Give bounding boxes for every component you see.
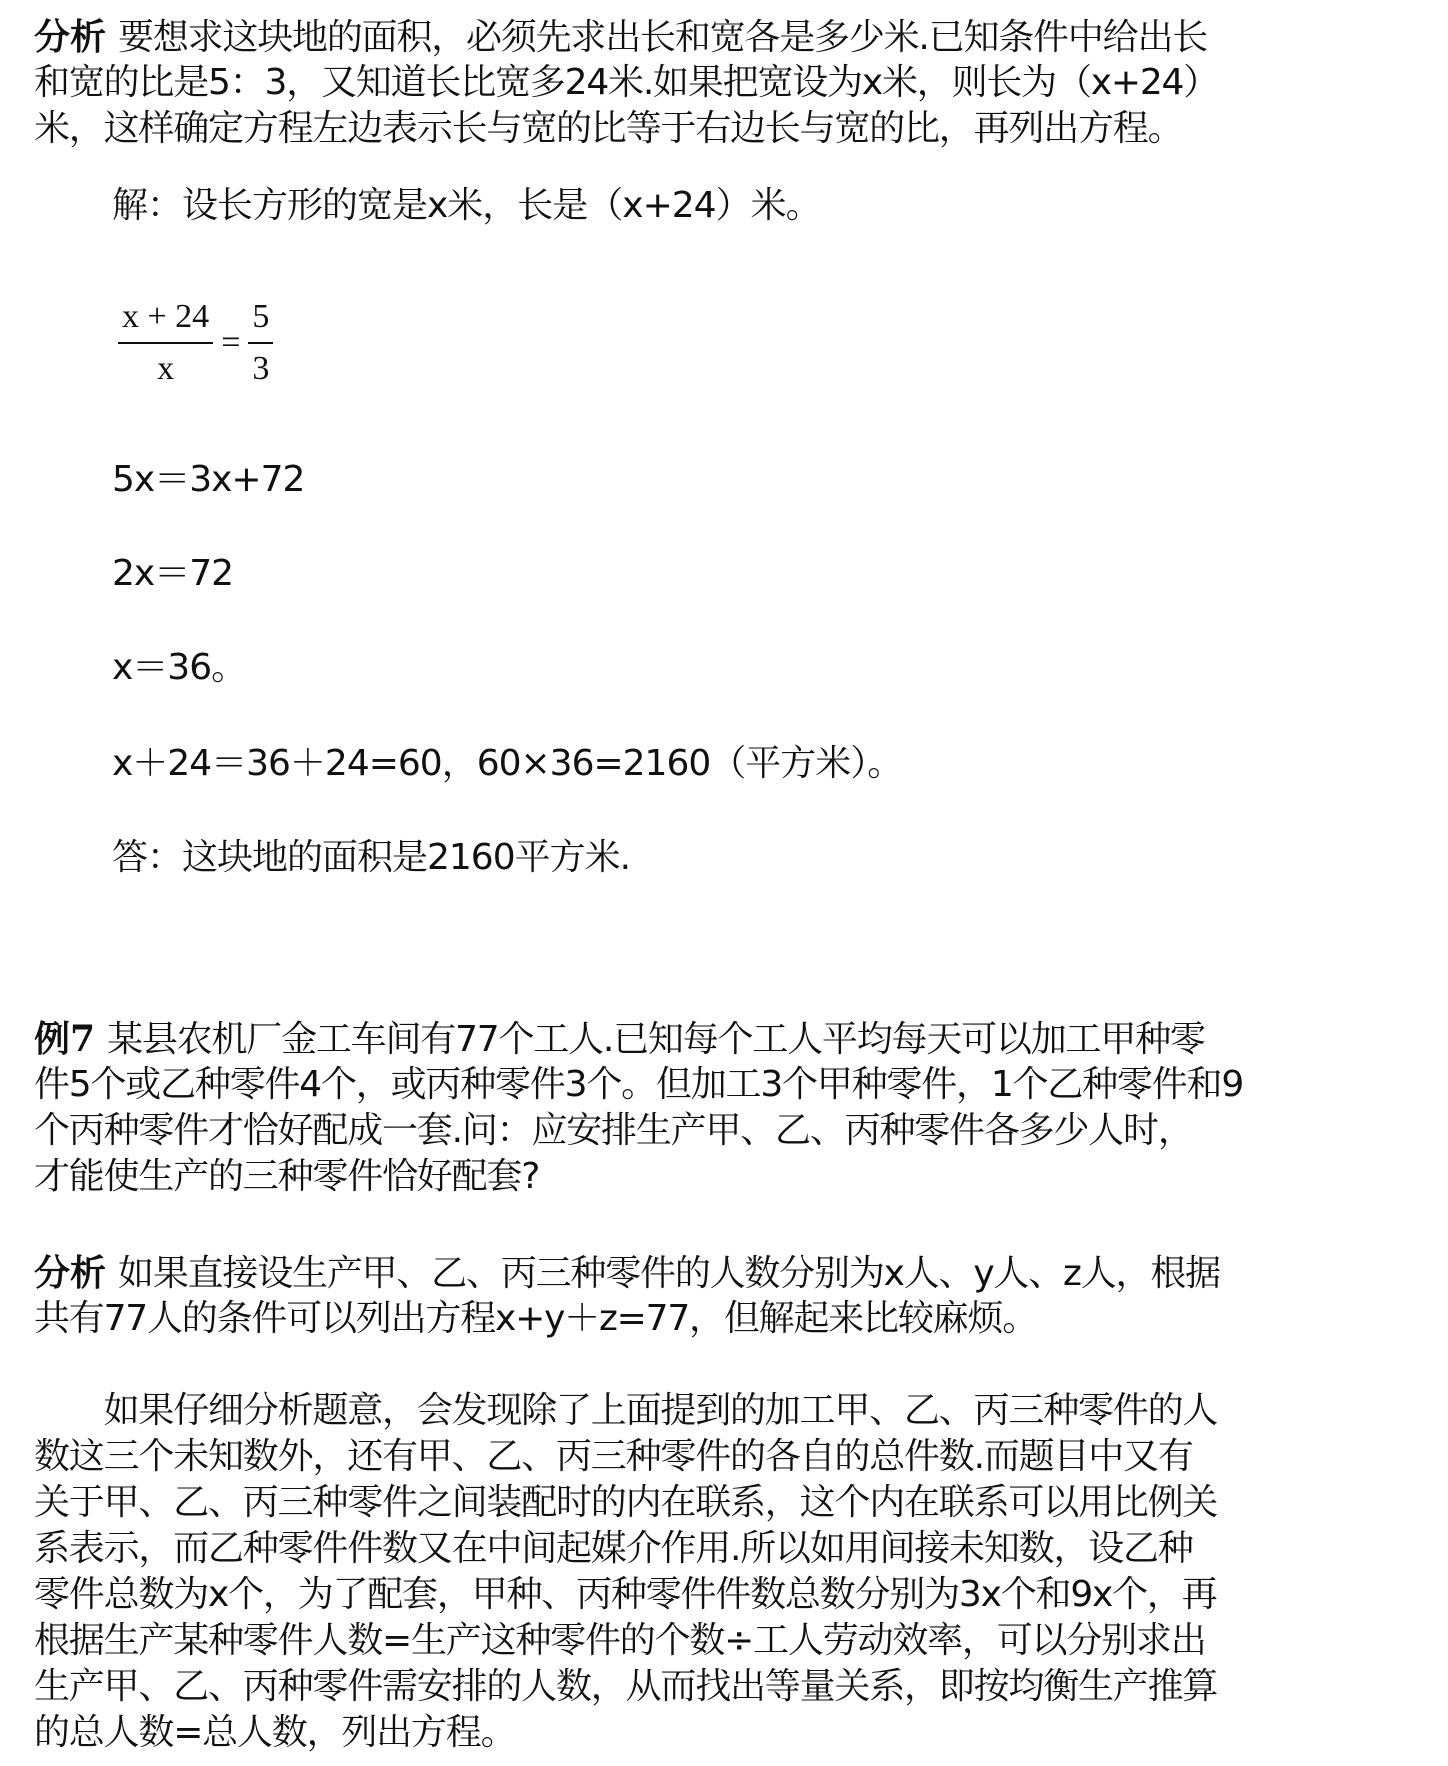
detail-line-3: 关于甲、乙、丙三种零件之间装配时的内在联系，这个内在联系可以用比例关 xyxy=(34,1480,1434,1526)
analysis-paragraph-1: 分析要想求这块地的面积，必须先求出长和宽各是多少米.已知条件中给出长 和宽的比是… xyxy=(34,14,1434,152)
detail-line-1: 如果仔细分析题意，会发现除了上面提到的加工甲、乙、丙三种零件的人 xyxy=(34,1388,1434,1434)
left-numerator: x + 24 xyxy=(118,298,213,342)
detail-line-6: 根据生产某种零件人数=生产这种零件的个数÷工人劳动效率，可以分别求出 xyxy=(34,1618,1434,1664)
equals-sign: = xyxy=(221,324,240,362)
example-line-2: 件5个或乙种零件4个，或丙种零件3个。但加工3个甲种零件，1个乙种零件和9 xyxy=(34,1062,1434,1108)
right-fraction: 5 3 xyxy=(248,298,273,388)
detailed-analysis-paragraph: 如果仔细分析题意，会发现除了上面提到的加工甲、乙、丙三种零件的人 数这三个未知数… xyxy=(34,1388,1434,1756)
analysis2-line-2: 共有77人的条件可以列出方程x+y＋z=77，但解起来比较麻烦。 xyxy=(34,1296,1434,1342)
solution-step-3: x＝36。 xyxy=(112,646,246,690)
analysis-line-1: 分析要想求这块地的面积，必须先求出长和宽各是多少米.已知条件中给出长 xyxy=(34,14,1434,60)
ratio-equation: x + 24 x = 5 3 xyxy=(118,298,273,388)
solution-setup: 解：设长方形的宽是x米，长是（x+24）米。 xyxy=(112,184,821,228)
example-label: 例7 xyxy=(34,1018,95,1060)
solution-answer: 答：这块地的面积是2160平方米. xyxy=(112,836,630,880)
detail-line-4: 系表示，而乙种零件件数又在中间起媒介作用.所以如用间接未知数，设乙种 xyxy=(34,1526,1434,1572)
analysis-paragraph-2: 分析如果直接设生产甲、乙、丙三种零件的人数分别为x人、y人、z人，根据 共有77… xyxy=(34,1250,1434,1342)
solution-step-4: x＋24＝36＋24=60，60×36=2160（平方米）。 xyxy=(112,742,902,786)
right-numerator: 5 xyxy=(248,298,273,342)
detail-line-2: 数这三个未知数外，还有甲、乙、丙三种零件的各自的总件数.而题目中又有 xyxy=(34,1434,1434,1480)
analysis2-line-1: 分析如果直接设生产甲、乙、丙三种零件的人数分别为x人、y人、z人，根据 xyxy=(34,1250,1434,1296)
solution-step-2: 2x＝72 xyxy=(112,552,233,596)
left-fraction: x + 24 x xyxy=(118,298,213,388)
right-denominator: 3 xyxy=(248,344,273,388)
analysis-line-2: 和宽的比是5：3，又知道长比宽多24米.如果把宽设为x米，则长为（x+24） xyxy=(34,60,1434,106)
analysis-line-3: 米，这样确定方程左边表示长与宽的比等于右边长与宽的比，再列出方程。 xyxy=(34,106,1434,152)
detail-line-7: 生产甲、乙、丙种零件需安排的人数，从而找出等量关系，即按均衡生产推算 xyxy=(34,1664,1434,1710)
example-line-4: 才能使生产的三种零件恰好配套? xyxy=(34,1154,1434,1200)
solution-step-1: 5x＝3x+72 xyxy=(112,458,304,502)
left-denominator: x xyxy=(153,344,178,388)
example-line-1: 例7某县农机厂金工车间有77个工人.已知每个工人平均每天可以加工甲种零 xyxy=(34,1016,1434,1062)
detail-line-8: 的总人数=总人数，列出方程。 xyxy=(34,1710,1434,1756)
detail-line-5: 零件总数为x个，为了配套，甲种、丙种零件件数总数分别为3x个和9x个，再 xyxy=(34,1572,1434,1618)
example-line-3: 个丙种零件才恰好配成一套.问：应安排生产甲、乙、丙种零件各多少人时， xyxy=(34,1108,1434,1154)
analysis-label: 分析 xyxy=(34,1252,106,1294)
example-7-paragraph: 例7某县农机厂金工车间有77个工人.已知每个工人平均每天可以加工甲种零 件5个或… xyxy=(34,1016,1434,1200)
analysis-label: 分析 xyxy=(34,16,106,58)
